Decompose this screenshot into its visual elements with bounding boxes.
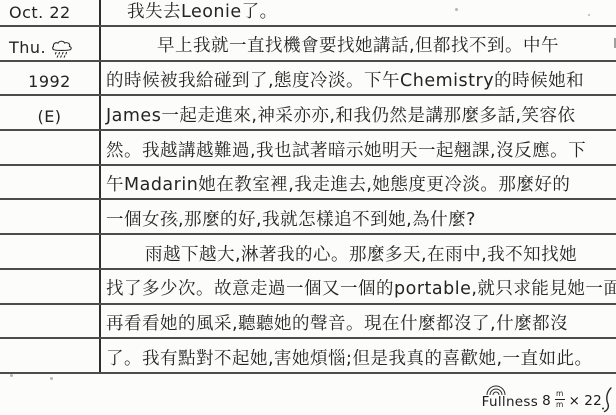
diary-line-text: 我失去Leonie了。 [127,3,278,22]
diary-line-text: 的時候被我給碰到了,態度冷淡。下午Chemistry的時候她和 [106,72,584,91]
brand-name: Fullness [482,392,538,410]
date-cell-empty [0,339,101,372]
diary-row: 1992 的時候被我給碰到了,態度冷淡。下午Chemistry的時候她和 [0,62,616,97]
diary-line: 再看看她的風采,聽聽她的聲音。現在什麼都沒了,什麼都沒 [101,305,616,338]
diary-line: 一個女孩,那麼的好,我就怎樣追不到她,為什麼? [101,200,616,233]
day-code-text: (E) [37,107,61,126]
date-cell: Oct. 22 [0,0,101,25]
mm-unit: m m [555,390,565,408]
diary-line-text: 再看看她的風采,聽聽她的聲音。現在什麼都沒了,什麼都沒 [106,315,568,334]
rainbow-arcs-icon [485,385,507,395]
mm-unit-top: m [555,390,565,400]
brand-text: Fullness [482,394,538,410]
stray-ink-mark [599,386,615,414]
ruled-sheet: Oct. 22 我失去Leonie了。 Thu. [0,0,616,374]
date-cell-empty [0,200,101,233]
diary-row: 一個女孩,那麼的好,我就怎樣追不到她,為什麼? [0,200,616,235]
scan-speck [588,14,590,16]
diary-line-text: 雨越下越大,淋著我的心。那麼多天,在雨中,我不知找她 [145,246,577,265]
scan-speck [10,374,13,377]
diary-line: 然。我越講越難過,我也試著暗示她明天一起翹課,沒反應。下 [101,131,616,164]
rain-cloud-icon [50,40,74,59]
diary-line: 的時候被我給碰到了,態度冷淡。下午Chemistry的時候她和 [101,62,616,95]
diary-line: 早上我就一直找機會要找她講話,但都找不到。中午 [101,27,616,60]
diary-line-text: 然。我越講越難過,我也試著暗示她明天一起翹課,沒反應。下 [106,142,586,161]
diary-line-text: 一個女孩,那麼的好,我就怎樣追不到她,為什麼? [106,211,476,230]
times-sign: × [569,393,581,409]
diary-row: (E) James一起走進來,神采亦亦,和我仍然是講那麼多話,笑容依 [0,96,616,131]
date-cell-empty [0,305,101,338]
diary-line: 找了多少次。故意走過一個又一個的portable,就只求能見她一面, [101,270,616,303]
scan-speck [455,8,458,11]
weekday-cell: Thu. [0,27,101,60]
date-cell-empty [0,235,101,268]
diary-row: 了。我有點對不起她,害她煩惱;但是我真的喜歡她,一直如此。 [0,339,616,374]
diary-page: Oct. 22 我失去Leonie了。 Thu. [0,0,616,415]
paper-brand-footer: Fullness 8 m m × 22 [482,392,602,410]
diary-line-text: 找了多少次。故意走過一個又一個的portable,就只求能見她一面, [106,280,616,299]
scan-speck [176,220,178,222]
diary-line-text: 午Madarin她在教室裡,我走進去,她態度更冷淡。那麼好的 [106,176,570,195]
diary-line-text: 早上我就一直找機會要找她講話,但都找不到。中午 [157,37,559,56]
diary-row: 找了多少次。故意走過一個又一個的portable,就只求能見她一面, [0,270,616,305]
diary-line: 了。我有點對不起她,害她煩惱;但是我真的喜歡她,一直如此。 [101,339,616,372]
year-text: 1992 [28,72,71,91]
diary-row: Thu. 早上我就一直找機會要找她講話,但都找不到。中午 [0,27,616,62]
diary-row: Oct. 22 我失去Leonie了。 [0,0,616,27]
diary-line-text: 了。我有點對不起她,害她煩惱;但是我真的喜歡她,一直如此。 [106,350,593,369]
diary-line: 雨越下越大,淋著我的心。那麼多天,在雨中,我不知找她 [101,235,616,268]
diary-row: 午Madarin她在教室裡,我走進去,她態度更冷淡。那麼好的 [0,166,616,201]
mm-unit-bottom: m [556,400,564,409]
diary-line: 我失去Leonie了。 [101,0,616,25]
date-cell-empty [0,166,101,199]
scan-speck [50,377,53,380]
diary-line-text: James一起走進來,神采亦亦,和我仍然是講那麼多話,笑容依 [106,107,576,126]
date-month-day: Oct. 22 [9,3,71,22]
ruling-height: 8 [542,393,551,409]
diary-row: 再看看她的風采,聽聽她的聲音。現在什麼都沒了,什麼都沒 [0,305,616,340]
day-code-cell: (E) [0,96,101,129]
diary-row: 雨越下越大,淋著我的心。那麼多天,在雨中,我不知找她 [0,235,616,270]
date-cell-empty [0,270,101,303]
date-cell-empty [0,131,101,164]
diary-row: 然。我越講越難過,我也試著暗示她明天一起翹課,沒反應。下 [0,131,616,166]
diary-line: 午Madarin她在教室裡,我走進去,她態度更冷淡。那麼好的 [101,166,616,199]
weekday-text: Thu. [9,38,46,57]
diary-line: James一起走進來,神采亦亦,和我仍然是講那麼多話,笑容依 [101,96,616,129]
year-cell: 1992 [0,62,101,95]
